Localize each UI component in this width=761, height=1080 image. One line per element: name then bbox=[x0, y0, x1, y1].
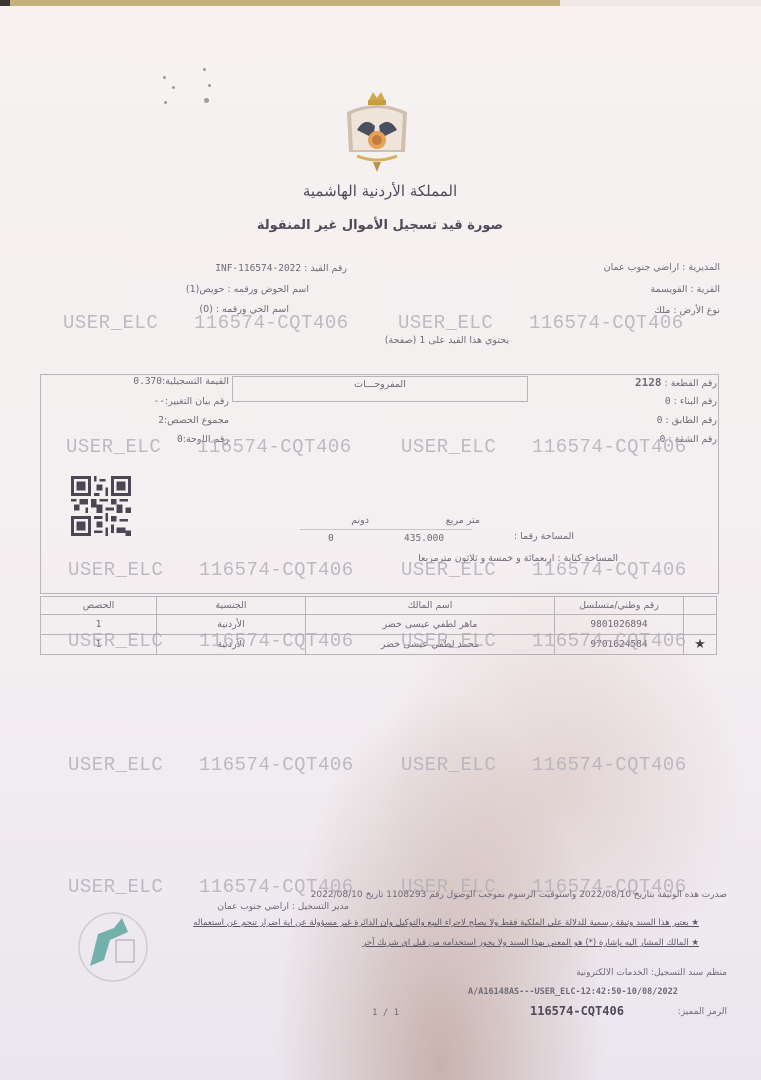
area-numeric-label: المساحة رقما : bbox=[514, 531, 574, 542]
total-shares: مجموع الحصص:2 bbox=[158, 415, 229, 426]
unique-code-value: 116574-CQT406 bbox=[530, 1004, 624, 1018]
column-header-owner-name: اسم المالك bbox=[306, 597, 555, 615]
kingdom-name: المملكة الأردنية الهاشمية bbox=[270, 182, 490, 200]
registered-value: القيمة التسجيلية:0.370 bbox=[133, 376, 229, 387]
column-header-nationality: الجنسية bbox=[157, 597, 306, 615]
speck bbox=[203, 68, 206, 71]
qr-code bbox=[70, 476, 132, 536]
remarks-box: المفروحـــات bbox=[232, 376, 528, 402]
watermark: USER_ELC 116574-CQT406 bbox=[68, 754, 354, 776]
area-sqm-value: 435.000 bbox=[404, 533, 444, 544]
area-sqm-unit: متر مربع bbox=[446, 515, 480, 526]
watermark: USER_ELC 116574-CQT406 bbox=[401, 754, 687, 776]
speck bbox=[204, 98, 209, 103]
area-units-divider bbox=[300, 529, 472, 530]
floor-number: رقم الطابق : 0 bbox=[657, 415, 717, 426]
registrar: مدير التسجيل : اراضي جنوب عمان bbox=[218, 902, 350, 912]
watermark: USER_ELC 116574-CQT406 bbox=[401, 559, 687, 581]
department-logo-stamp bbox=[76, 910, 150, 984]
star-icon: ★ bbox=[694, 637, 706, 652]
speck bbox=[163, 76, 166, 79]
unique-code-label: الرمز المميز: bbox=[678, 1007, 727, 1017]
speck bbox=[208, 84, 211, 87]
issue-line: صدرت هذه الوثيقة بتاريخ 2022/08/10 واستو… bbox=[311, 890, 727, 900]
watermark: USER_ELC 116574-CQT406 bbox=[398, 312, 684, 334]
note-2: ★ المالك المشار اليه بإشارة (*) هو المعن… bbox=[362, 938, 699, 948]
pages-note: يحتوي هذا القيد على 1 (صفحة) bbox=[385, 335, 509, 346]
parcel-number: رقم القطعة : 2128 bbox=[635, 376, 717, 389]
column-header-id: رقم وطني/متسلسل bbox=[555, 597, 684, 615]
building-number: رقم البناء : 0 bbox=[665, 396, 717, 407]
watermark: USER_ELC 116574-CQT406 bbox=[401, 630, 687, 652]
watermark: USER_ELC 116574-CQT406 bbox=[66, 436, 352, 458]
star-cell: ★ bbox=[684, 635, 717, 655]
note-1: ★ يعتبر هذا السند وثيقة رسمية للدلالة عل… bbox=[193, 918, 699, 928]
change-statement-number: رقم بيان التغيير:-- bbox=[154, 396, 230, 407]
info-record-number: رقم القيد : 2022-INF-116574 bbox=[215, 263, 347, 274]
coat-of-arms-icon bbox=[343, 90, 411, 174]
info-directorate: المديرية : اراضي جنوب عمان bbox=[604, 262, 720, 273]
column-header-share: الحصص bbox=[41, 597, 157, 615]
issuer: منظم سند التسجيل: الخدمات الالكترونية bbox=[576, 968, 727, 978]
star-cell bbox=[684, 615, 717, 635]
watermark: USER_ELC 116574-CQT406 bbox=[63, 312, 349, 334]
speck bbox=[172, 86, 175, 89]
speck bbox=[164, 101, 167, 104]
watermark: USER_ELC 116574-CQT406 bbox=[401, 436, 687, 458]
document-title: صورة قيد تسجيل الأموال غير المنقولة bbox=[240, 218, 520, 233]
owners-table-header: رقم وطني/متسلسل اسم المالك الجنسية الحصص bbox=[41, 597, 717, 615]
page-number: 1 / 1 bbox=[372, 1008, 399, 1018]
info-village: القرية : القويسمة bbox=[650, 284, 720, 295]
watermark: USER_ELC 116574-CQT406 bbox=[68, 630, 354, 652]
area-dunum-value: 0 bbox=[328, 533, 334, 544]
watermark: USER_ELC 116574-CQT406 bbox=[68, 559, 354, 581]
info-basin: اسم الحوض ورقمه : حويص(1) bbox=[186, 284, 309, 295]
star-column-header bbox=[684, 597, 717, 615]
trace-code: A/A16148AS---USER_ELC-12:42:50-10/08/202… bbox=[468, 987, 678, 997]
area-dunum-unit: دونم bbox=[351, 515, 369, 526]
